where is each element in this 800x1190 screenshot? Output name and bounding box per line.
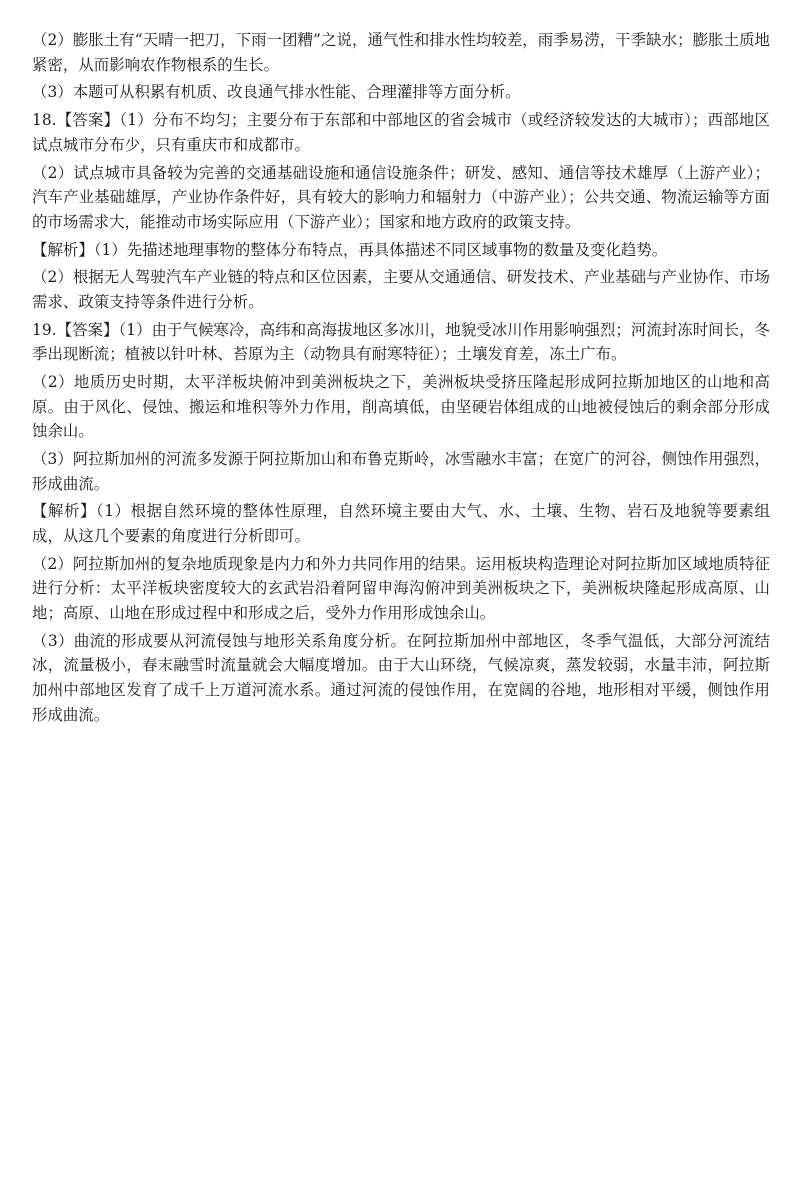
paragraph-q19-analysis-part3: （3）曲流的形成要从河流侵蚀与地形关系角度分析。在阿拉斯加州中部地区，冬季气温低… [32,629,770,727]
paragraph-q19-answer-part2: （2）地质历史时期，太平洋板块俯冲到美洲板块之下，美洲板块受挤压隆起形成阿拉斯加… [32,370,770,444]
paragraph-q18-answer-part1: 18.【答案】（1）分布不均匀；主要分布于东部和中部地区的省会城市（或经济较发达… [32,108,770,157]
paragraph-q19-analysis-part1: 【解析】（1）根据自然环境的整体性原理，自然环境主要由大气、水、土壤、生物、岩石… [32,499,770,548]
paragraph-q19-analysis-part2: （2）阿拉斯加州的复杂地质现象是内力和外力共同作用的结果。运用板块构造理论对阿拉… [32,552,770,626]
paragraph-q18-analysis-part2: （2）根据无人驾驶汽车产业链的特点和区位因素，主要从交通通信、研发技术、产业基础… [32,265,770,314]
paragraph-q19-answer-part3: （3）阿拉斯加州的河流多发源于阿拉斯加山和布鲁克斯岭，冰雪融水丰富；在宽广的河谷… [32,447,770,496]
document-page: （2）膨胀土有“天晴一把刀，下雨一团糟”之说，通气性和排水性均较差，雨季易涝，干… [0,0,800,727]
paragraph-q18-analysis-part1: 【解析】（1）先描述地理事物的整体分布特点，再具体描述不同区域事物的数量及变化趋… [32,238,770,263]
paragraph-q17-part3: （3）本题可从积累有机质、改良通气排水性能、合理灌排等方面分析。 [32,80,770,105]
paragraph-q19-answer-part1: 19.【答案】（1）由于气候寒冷，高纬和高海拔地区多冰川，地貌受冰川作用影响强烈… [32,318,770,367]
paragraph-q18-answer-part2: （2）试点城市具备较为完善的交通基础设施和通信设施条件；研发、感知、通信等技术雄… [32,161,770,235]
paragraph-q17-part2: （2）膨胀土有“天晴一把刀，下雨一团糟”之说，通气性和排水性均较差，雨季易涝，干… [32,28,770,77]
